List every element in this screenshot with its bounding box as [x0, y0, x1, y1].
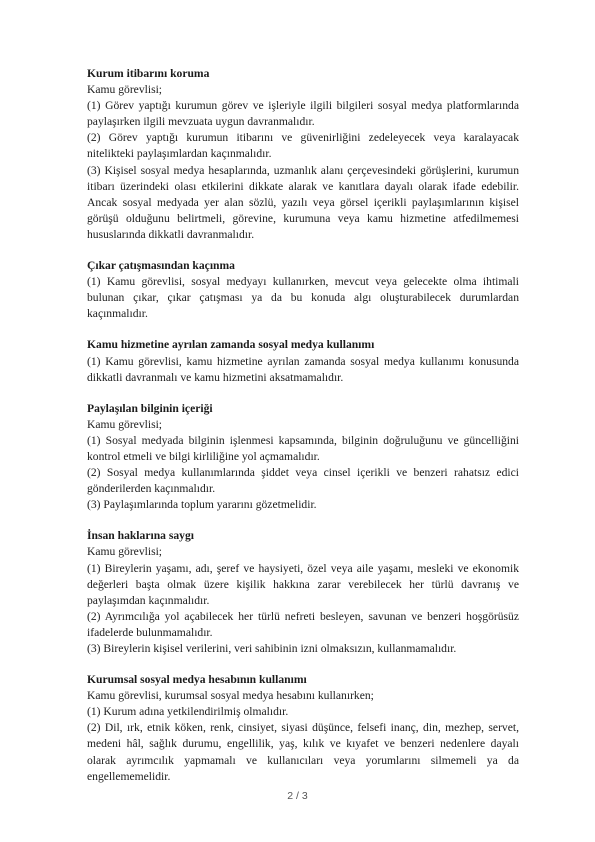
paragraph: (2) Sosyal medya kullanımlarında şiddet …: [87, 465, 519, 497]
section-kurum-itibari: Kurum itibarını koruma Kamu görevlisi; (…: [87, 66, 519, 243]
paragraph: (3) Kişisel sosyal medya hesaplarında, u…: [87, 163, 519, 243]
section-cikar-catismasi: Çıkar çatışmasından kaçınma (1) Kamu gör…: [87, 258, 519, 322]
section-kamu-hizmeti-zamani: Kamu hizmetine ayrılan zamanda sosyal me…: [87, 337, 519, 385]
paragraph: (2) Görev yaptığı kurumun itibarını ve g…: [87, 130, 519, 162]
paragraph: (3) Paylaşımlarında toplum yararını göze…: [87, 497, 519, 513]
section-paylasilan-bilgi: Paylaşılan bilginin içeriği Kamu görevli…: [87, 401, 519, 514]
section-heading: Kurum itibarını koruma: [87, 66, 519, 82]
section-insan-haklari: İnsan haklarına saygı Kamu görevlisi; (1…: [87, 528, 519, 657]
paragraph: Kamu görevlisi;: [87, 544, 519, 560]
paragraph: (3) Bireylerin kişisel verilerini, veri …: [87, 641, 519, 657]
paragraph: Kamu görevlisi;: [87, 82, 519, 98]
paragraph: Kamu görevlisi, kurumsal sosyal medya he…: [87, 688, 519, 704]
paragraph: (1) Kamu görevlisi, sosyal medyayı kulla…: [87, 274, 519, 322]
paragraph: (1) Kurum adına yetkilendirilmiş olmalıd…: [87, 704, 519, 720]
paragraph: (1) Sosyal medyada bilginin işlenmesi ka…: [87, 433, 519, 465]
document-page: Kurum itibarını koruma Kamu görevlisi; (…: [87, 66, 519, 800]
page-number: 2 / 3: [0, 790, 595, 802]
section-heading: Çıkar çatışmasından kaçınma: [87, 258, 519, 274]
paragraph: (1) Kamu görevlisi, kamu hizmetine ayrıl…: [87, 354, 519, 386]
paragraph: (2) Dil, ırk, etnik köken, renk, cinsiye…: [87, 720, 519, 784]
paragraph: (2) Ayrımcılığa yol açabilecek her türlü…: [87, 609, 519, 641]
section-heading: İnsan haklarına saygı: [87, 528, 519, 544]
section-heading: Kurumsal sosyal medya hesabının kullanım…: [87, 672, 519, 688]
section-kurumsal-hesap: Kurumsal sosyal medya hesabının kullanım…: [87, 672, 519, 785]
paragraph: (1) Bireylerin yaşamı, adı, şeref ve hay…: [87, 561, 519, 609]
section-heading: Paylaşılan bilginin içeriği: [87, 401, 519, 417]
paragraph: Kamu görevlisi;: [87, 417, 519, 433]
paragraph: (1) Görev yaptığı kurumun görev ve işler…: [87, 98, 519, 130]
section-heading: Kamu hizmetine ayrılan zamanda sosyal me…: [87, 337, 519, 353]
